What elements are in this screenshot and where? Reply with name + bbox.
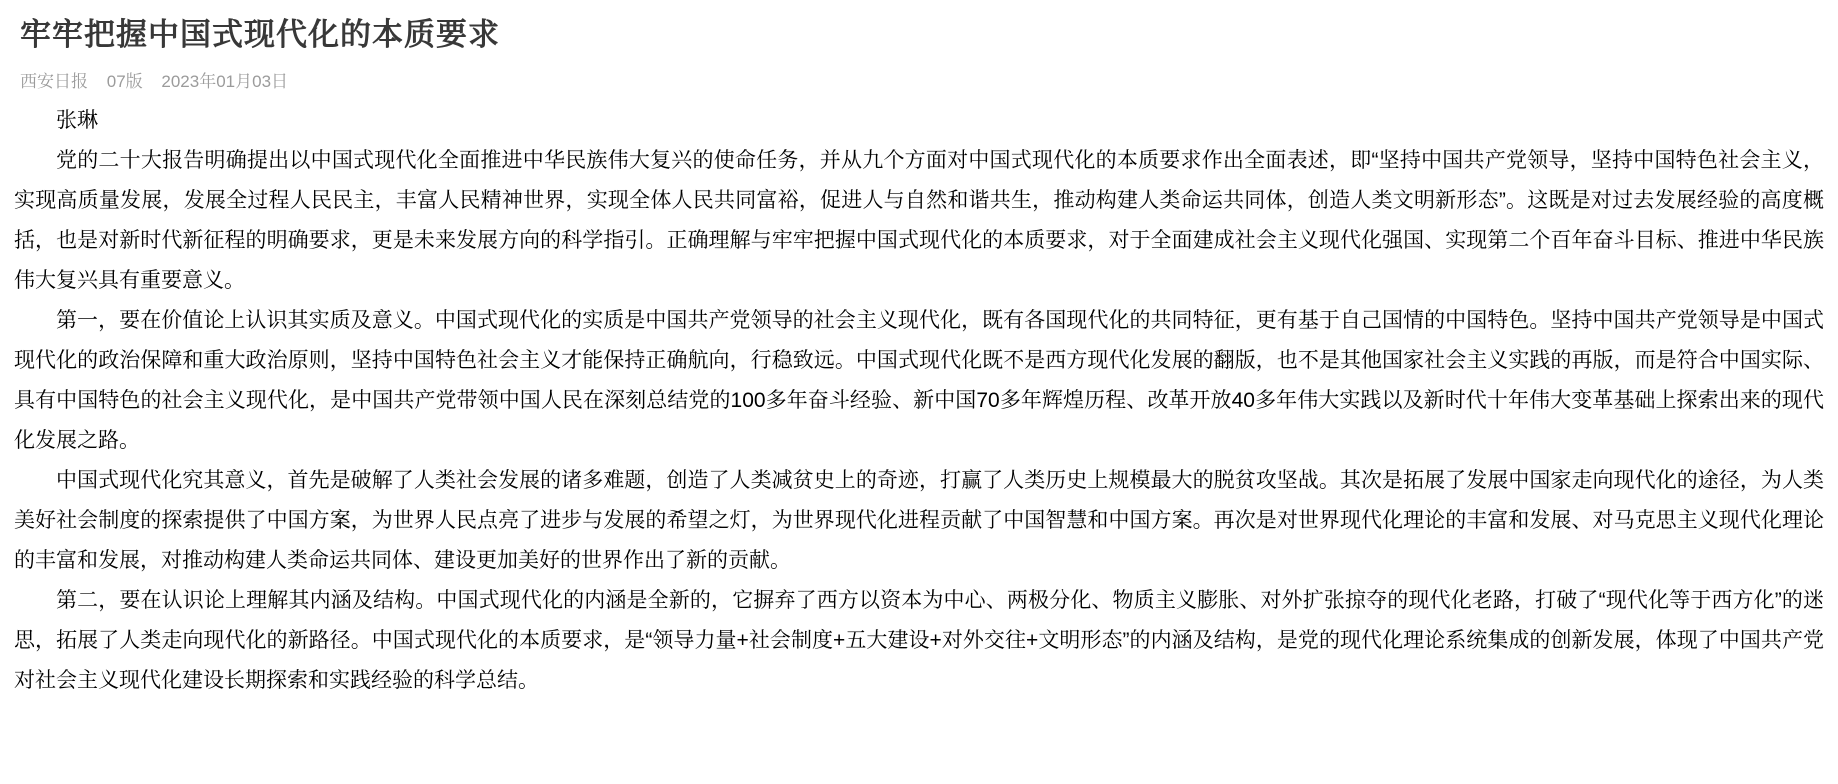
author-name: 张琳: [14, 101, 1824, 141]
article-paragraph: 中国式现代化究其意义，首先是破解了人类社会发展的诸多难题，创造了人类减贫史上的奇…: [14, 461, 1824, 581]
article-paragraph: 第二，要在认识论上理解其内涵及结构。中国式现代化的内涵是全新的，它摒弃了西方以资…: [14, 581, 1824, 701]
article-body: 张琳 党的二十大报告明确提出以中国式现代化全面推进中华民族伟大复兴的使命任务，并…: [14, 101, 1824, 701]
article-container: 牢牢把握中国式现代化的本质要求 西安日报 07版 2023年01月03日 张琳 …: [0, 0, 1838, 701]
page-title: 牢牢把握中国式现代化的本质要求: [14, 0, 1824, 54]
source-name: 西安日报: [20, 72, 88, 91]
article-paragraph: 第一，要在价值论上认识其实质及意义。中国式现代化的实质是中国共产党领导的社会主义…: [14, 301, 1824, 461]
edition-label: 07版: [107, 72, 143, 91]
article-paragraph: 党的二十大报告明确提出以中国式现代化全面推进中华民族伟大复兴的使命任务，并从九个…: [14, 141, 1824, 301]
publish-date: 2023年01月03日: [161, 72, 288, 91]
article-meta: 西安日报 07版 2023年01月03日: [14, 67, 1824, 92]
article-page: 牢牢把握中国式现代化的本质要求 西安日报 07版 2023年01月03日 张琳 …: [0, 0, 1838, 784]
